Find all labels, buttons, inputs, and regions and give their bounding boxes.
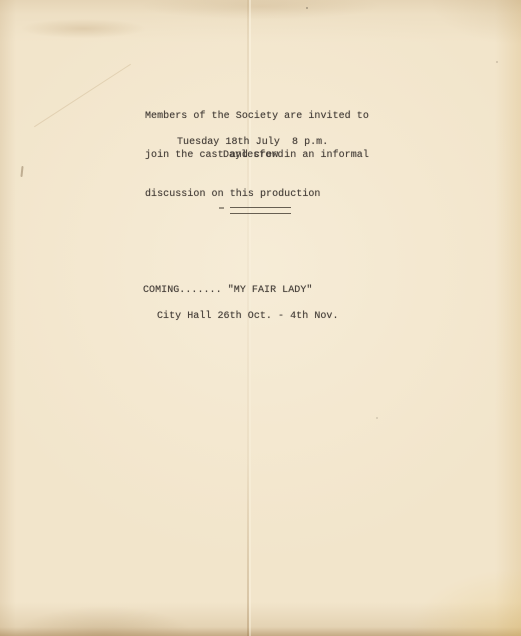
divider-stray-mark bbox=[219, 207, 224, 209]
event-venue: Daylesford bbox=[223, 149, 284, 162]
paper-speck bbox=[496, 61, 498, 63]
corner-crease-mark bbox=[34, 64, 131, 127]
invitation-line-1: Members of the Society are invited to bbox=[145, 110, 369, 123]
left-edge-mark bbox=[20, 166, 23, 177]
scanned-program-page: Members of the Society are invited to jo… bbox=[0, 0, 521, 636]
paper-speck bbox=[376, 417, 378, 419]
typed-double-rule-icon bbox=[230, 207, 291, 214]
coming-announcement: COMING....... "MY FAIR LADY" bbox=[143, 284, 312, 297]
coming-details: City Hall 26th Oct. - 4th Nov. bbox=[157, 310, 339, 323]
invitation-line-3: discussion on this production bbox=[145, 188, 369, 201]
event-datetime: Tuesday 18th July 8 p.m. bbox=[177, 136, 328, 149]
paper-speck bbox=[306, 7, 308, 9]
